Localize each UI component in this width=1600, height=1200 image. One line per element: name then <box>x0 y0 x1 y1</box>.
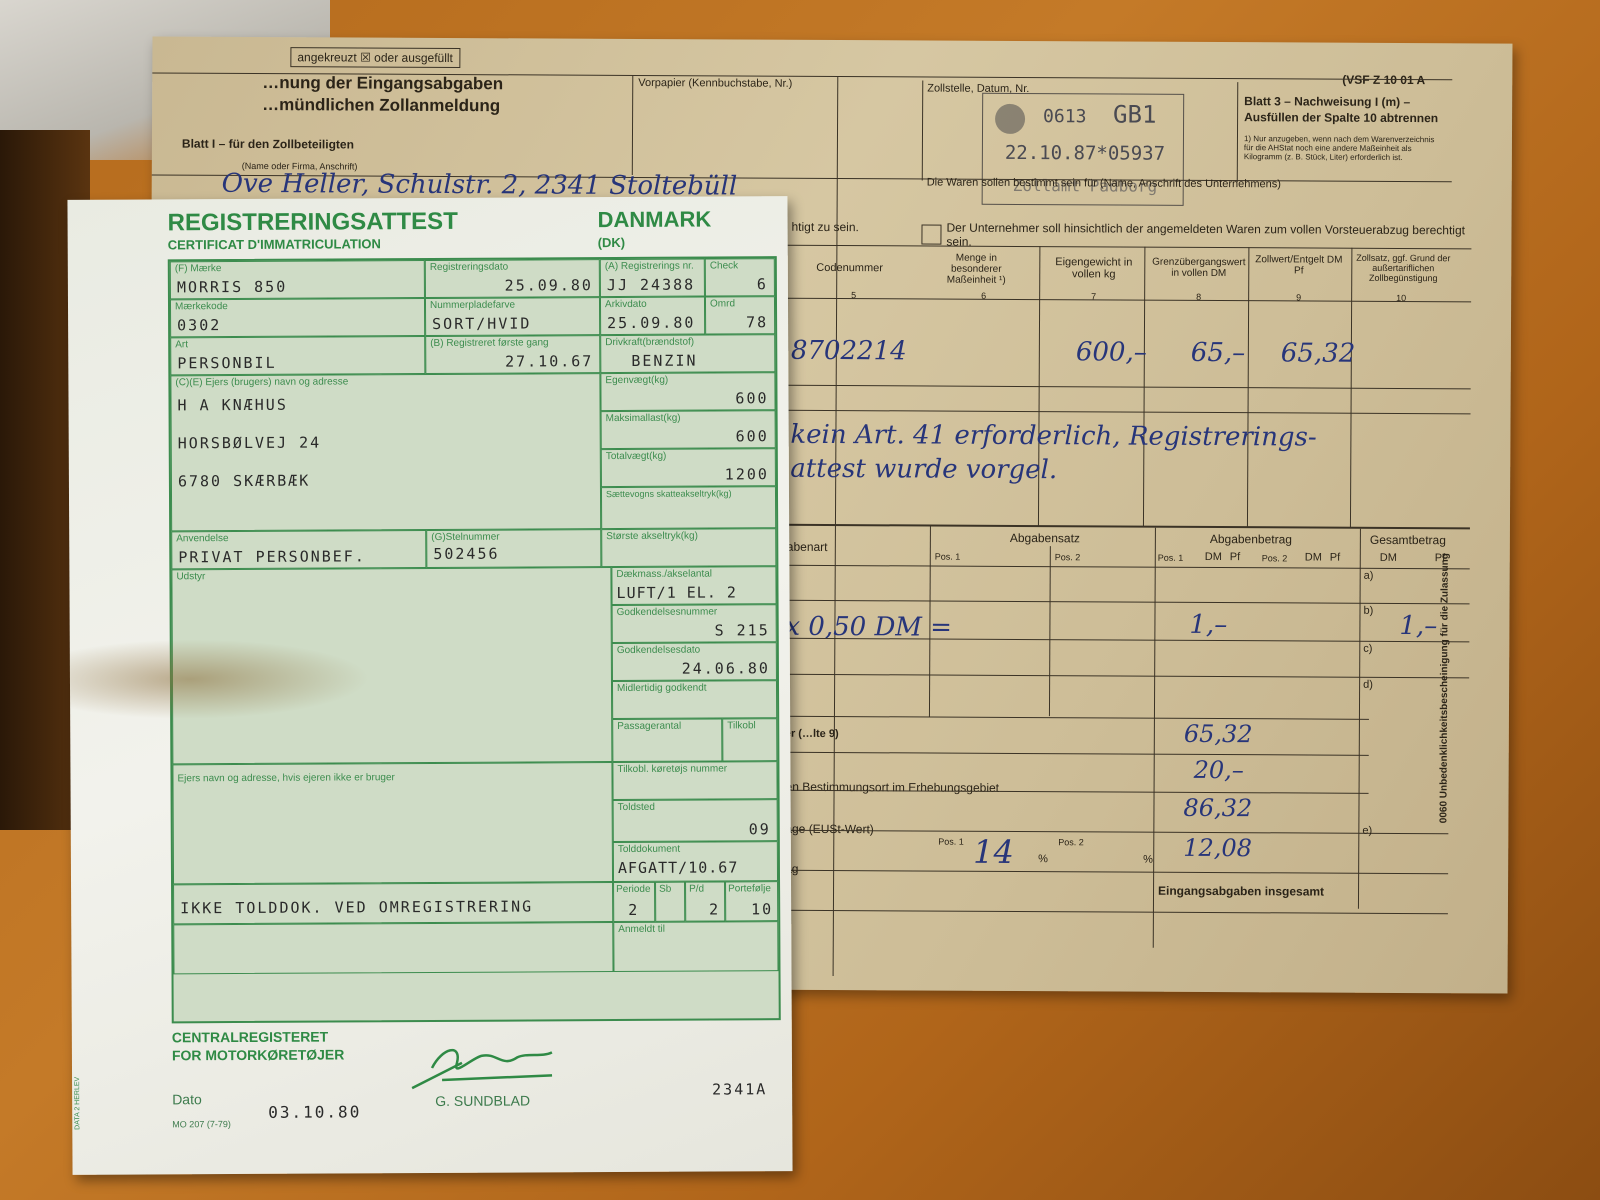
cert-code: 2341A <box>712 1080 767 1098</box>
field-omrd: Omrd 78 <box>705 296 775 334</box>
field-periode: Periode 2 <box>613 882 655 922</box>
signatory: G. SUNDBLAD <box>435 1092 530 1108</box>
field-daekmass: Dækmass./akselantal LUFT/1 EL. 2 <box>611 566 776 605</box>
field-ejer: (C)(E) Ejers (brugers) navn og adresse H… <box>170 373 601 531</box>
field-maerke: (F) Mærke MORRIS 850 <box>170 260 425 299</box>
total-label: Eingangsabgaben insgesamt <box>1158 884 1324 899</box>
coffee-stain <box>70 638 370 720</box>
org-line1: CENTRALREGISTERET <box>172 1029 328 1046</box>
form-title-line1: …nung der Eingangsabgaben <box>262 73 503 94</box>
footnote: 1) Nur anzugeben, wenn nach dem Warenver… <box>1244 134 1444 162</box>
weight-value: 600,– <box>1076 337 1147 367</box>
field-maerkekode: Mærkekode 0302 <box>170 298 425 337</box>
field-anmeldt-til: Anmeldt til <box>613 921 778 972</box>
code-number: 8702214 <box>791 336 907 367</box>
vorsteuer-checkbox[interactable] <box>921 224 941 244</box>
field-midlertidig: Midlertidig godkendt <box>612 680 777 719</box>
danish-registration-certificate: REGISTRERINGSATTEST CERTIFICAT D'IMMATRI… <box>67 196 792 1175</box>
dato-value: 03.10.80 <box>268 1102 361 1121</box>
cert-subtitle: CERTIFICAT D'IMMATRICULATION <box>168 236 381 252</box>
side-text: 0060 Unbedenklichkeitsbescheinigung für … <box>1438 553 1450 823</box>
field-art: Art PERSONBIL <box>170 336 425 375</box>
border-value: 65,– <box>1191 338 1246 368</box>
field-stelnummer: (G)Stelnummer 502456 <box>426 529 601 568</box>
cert-title: REGISTRERINGSATTEST <box>168 208 458 238</box>
vorpapier-label: Vorpapier (Kennbuchstabe, Nr.) <box>638 77 792 90</box>
signature-icon <box>402 1037 562 1098</box>
field-tolddokument: Tolddokument AFGATT/10.67 <box>613 841 778 882</box>
field-godk-dato: Godkendelsesdato 24.06.80 <box>612 642 777 681</box>
check-hint: angekreuzt ☒ oder ausgefüllt <box>290 47 460 68</box>
field-godk-nr: Godkendelsesnummer S 215 <box>612 604 777 643</box>
field-sb: Sb <box>655 882 685 922</box>
field-ejer-ikke-bruger: Ejers navn og adresse, hvis ejeren ikke … <box>172 762 613 884</box>
country: DANMARK <box>597 207 711 234</box>
form-title-line2: …mündlichen Zollanmeldung <box>262 95 500 116</box>
handwritten-note: kein Art. 41 erforderlich, Registrerings… <box>790 418 1350 489</box>
field-storste-aksel: Største akseltryk(kg) <box>601 528 776 567</box>
form-number: MO 207 (7-79) <box>172 1119 231 1129</box>
country-code: (DK) <box>598 235 626 250</box>
field-totalvaegt: Totalvægt(kg) 1200 <box>601 448 776 487</box>
field-reg-nr: (A) Registrerings nr. JJ 24388 <box>600 259 705 298</box>
field-pladefarve: Nummerpladefarve SORT/HVID <box>425 297 600 336</box>
field-tilkobl: Tilkobl <box>722 718 777 761</box>
field-forste-gang: (B) Registreret første gang 27.10.67 <box>425 335 600 374</box>
dato-label: Dato <box>172 1091 202 1107</box>
field-reg-dato: Registreringsdato 25.09.80 <box>425 259 600 298</box>
field-check: Check 6 <box>705 258 775 296</box>
printer-mark: DATA 2 HERLEV <box>74 1077 81 1130</box>
field-pd: P/d 2 <box>685 881 725 921</box>
field-anvendelse: Anvendelse PRIVAT PERSONBEF. <box>171 530 426 569</box>
field-saettevogn: Sættevogns skatteakseltryk(kg) <box>601 486 776 529</box>
customs-value: 65,32 <box>1281 338 1356 368</box>
field-portefolje: Portefølje 10 <box>725 881 778 921</box>
field-passagerantal: Passagerantal <box>612 718 722 762</box>
field-drivkraft: Drivkraft(brændstof) BENZIN <box>600 334 775 373</box>
field-remark: IKKE TOLDDOK. VED OMREGISTRERING <box>173 882 613 924</box>
field-tilkobl-nr: Tilkobl. køretøjs nummer <box>612 761 777 800</box>
field-arkivdato: Arkivdato 25.09.80 <box>600 297 705 336</box>
field-egenvaegt: Egenvægt(kg) 600 <box>600 372 775 411</box>
sheet-label: Blatt I – für den Zollbeteiligten <box>182 137 354 152</box>
field-maksimallast: Maksimallast(kg) 600 <box>601 410 776 449</box>
field-toldsted: Toldsted 09 <box>613 799 778 842</box>
eagle-seal-icon <box>995 104 1025 134</box>
org-line2: FOR MOTORKØRETØJER <box>172 1046 345 1063</box>
